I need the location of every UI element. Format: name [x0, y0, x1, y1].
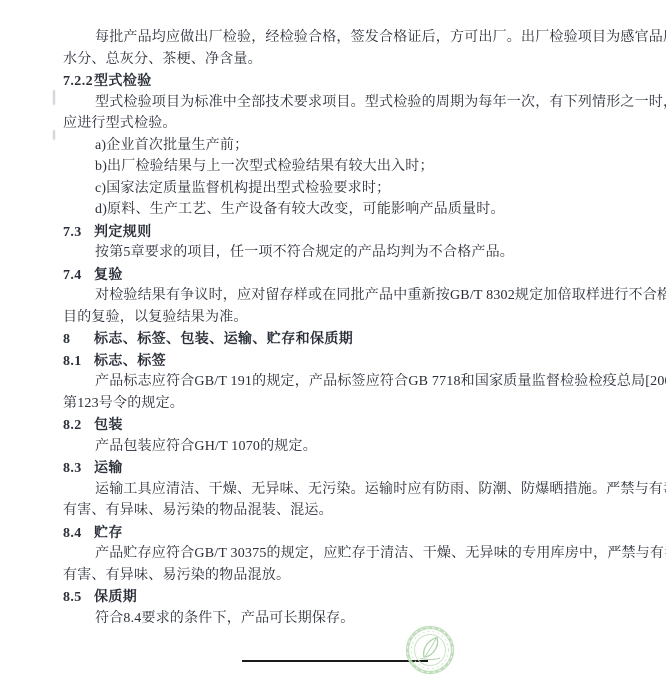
paragraph-first-line: 每批产品均应做出厂检验，经检验合格，签发合格证后，方可出厂。出厂检验项目为感官品… [63, 27, 626, 49]
section-heading: 8.2包装 [63, 414, 626, 436]
scan-artifact [53, 130, 55, 140]
section-heading: 7.3判定规则 [63, 221, 626, 243]
paragraph-first-line: b)出厂检验结果与上一次型式检验结果有较大出入时； [63, 156, 626, 178]
section-title: 包装 [94, 416, 123, 432]
paragraph-line: 应进行型式检验。 [63, 113, 626, 135]
paragraph-first-line: d)原料、生产工艺、生产设备有较大改变，可能影响产品质量时。 [63, 199, 626, 221]
footer-divider-line [242, 660, 428, 662]
section-number: 7.2.2 [63, 71, 94, 93]
paragraph-first-line: 型式检验项目为标准中全部技术要求项目。型式检验的周期为每年一次，有下列情形之一时… [63, 92, 626, 114]
section-heading: 8.4贮存 [63, 522, 626, 544]
leaf-seal-icon [405, 625, 455, 675]
document-body: 每批产品均应做出厂检验，经检验合格，签发合格证后，方可出厂。出厂检验项目为感官品… [63, 27, 626, 629]
paragraph-line: 目的复验，以复验结果为准。 [63, 307, 626, 329]
section-title: 贮存 [94, 524, 123, 540]
paragraph-first-line: 产品贮存应符合GB/T 30375的规定，应贮存于清洁、干燥、无异味的专用库房中… [63, 543, 626, 565]
section-number: 8.2 [63, 415, 94, 437]
section-title: 保质期 [94, 588, 137, 604]
paragraph-line: 第123号令的规定。 [63, 393, 626, 415]
section-heading: 7.4复验 [63, 264, 626, 286]
paragraph-first-line: 产品包装应符合GH/T 1070的规定。 [63, 436, 626, 458]
section-number: 8.3 [63, 458, 94, 480]
section-heading: 8.5保质期 [63, 586, 626, 608]
section-number: 8 [63, 329, 94, 351]
section-heading: 8.1标志、标签 [63, 350, 626, 372]
section-heading: 7.2.2型式检验 [63, 70, 626, 92]
document-page: 每批产品均应做出厂检验，经检验合格，签发合格证后，方可出厂。出厂检验项目为感官品… [0, 0, 666, 692]
paragraph-first-line: c)国家法定质量监督机构提出型式检验要求时； [63, 178, 626, 200]
section-title: 标志、标签、包装、运输、贮存和保质期 [94, 330, 353, 346]
section-title: 判定规则 [94, 223, 152, 239]
section-title: 标志、标签 [94, 352, 166, 368]
paragraph-line: 水分、总灰分、茶梗、净含量。 [63, 49, 626, 71]
green-leaf-seal-watermark [405, 625, 455, 675]
paragraph-first-line: 对检验结果有争议时，应对留存样或在同批产品中重新按GB/T 8302规定加倍取样… [63, 285, 626, 307]
section-title: 复验 [94, 266, 123, 282]
section-number: 8.5 [63, 587, 94, 609]
section-heading: 8标志、标签、包装、运输、贮存和保质期 [63, 328, 626, 350]
scan-artifact [53, 90, 55, 105]
paragraph-first-line: 运输工具应清洁、干燥、无异味、无污染。运输时应有防雨、防潮、防爆晒措施。严禁与有… [63, 479, 626, 501]
paragraph-first-line: a)企业首次批量生产前； [63, 135, 626, 157]
paragraph-line: 有害、有异味、易污染的物品混放。 [63, 565, 626, 587]
section-number: 7.4 [63, 265, 94, 287]
paragraph-line: 有害、有异味、易污染的物品混装、混运。 [63, 500, 626, 522]
section-title: 型式检验 [94, 72, 152, 88]
paragraph-first-line: 符合8.4要求的条件下，产品可长期保存。 [63, 608, 626, 630]
paragraph-first-line: 产品标志应符合GB/T 191的规定，产品标签应符合GB 7718和国家质量监督… [63, 371, 626, 393]
section-number: 7.3 [63, 222, 94, 244]
section-title: 运输 [94, 459, 123, 475]
section-number: 8.4 [63, 523, 94, 545]
section-heading: 8.3运输 [63, 457, 626, 479]
paragraph-first-line: 按第5章要求的项目，任一项不符合规定的产品均判为不合格产品。 [63, 242, 626, 264]
section-number: 8.1 [63, 351, 94, 373]
